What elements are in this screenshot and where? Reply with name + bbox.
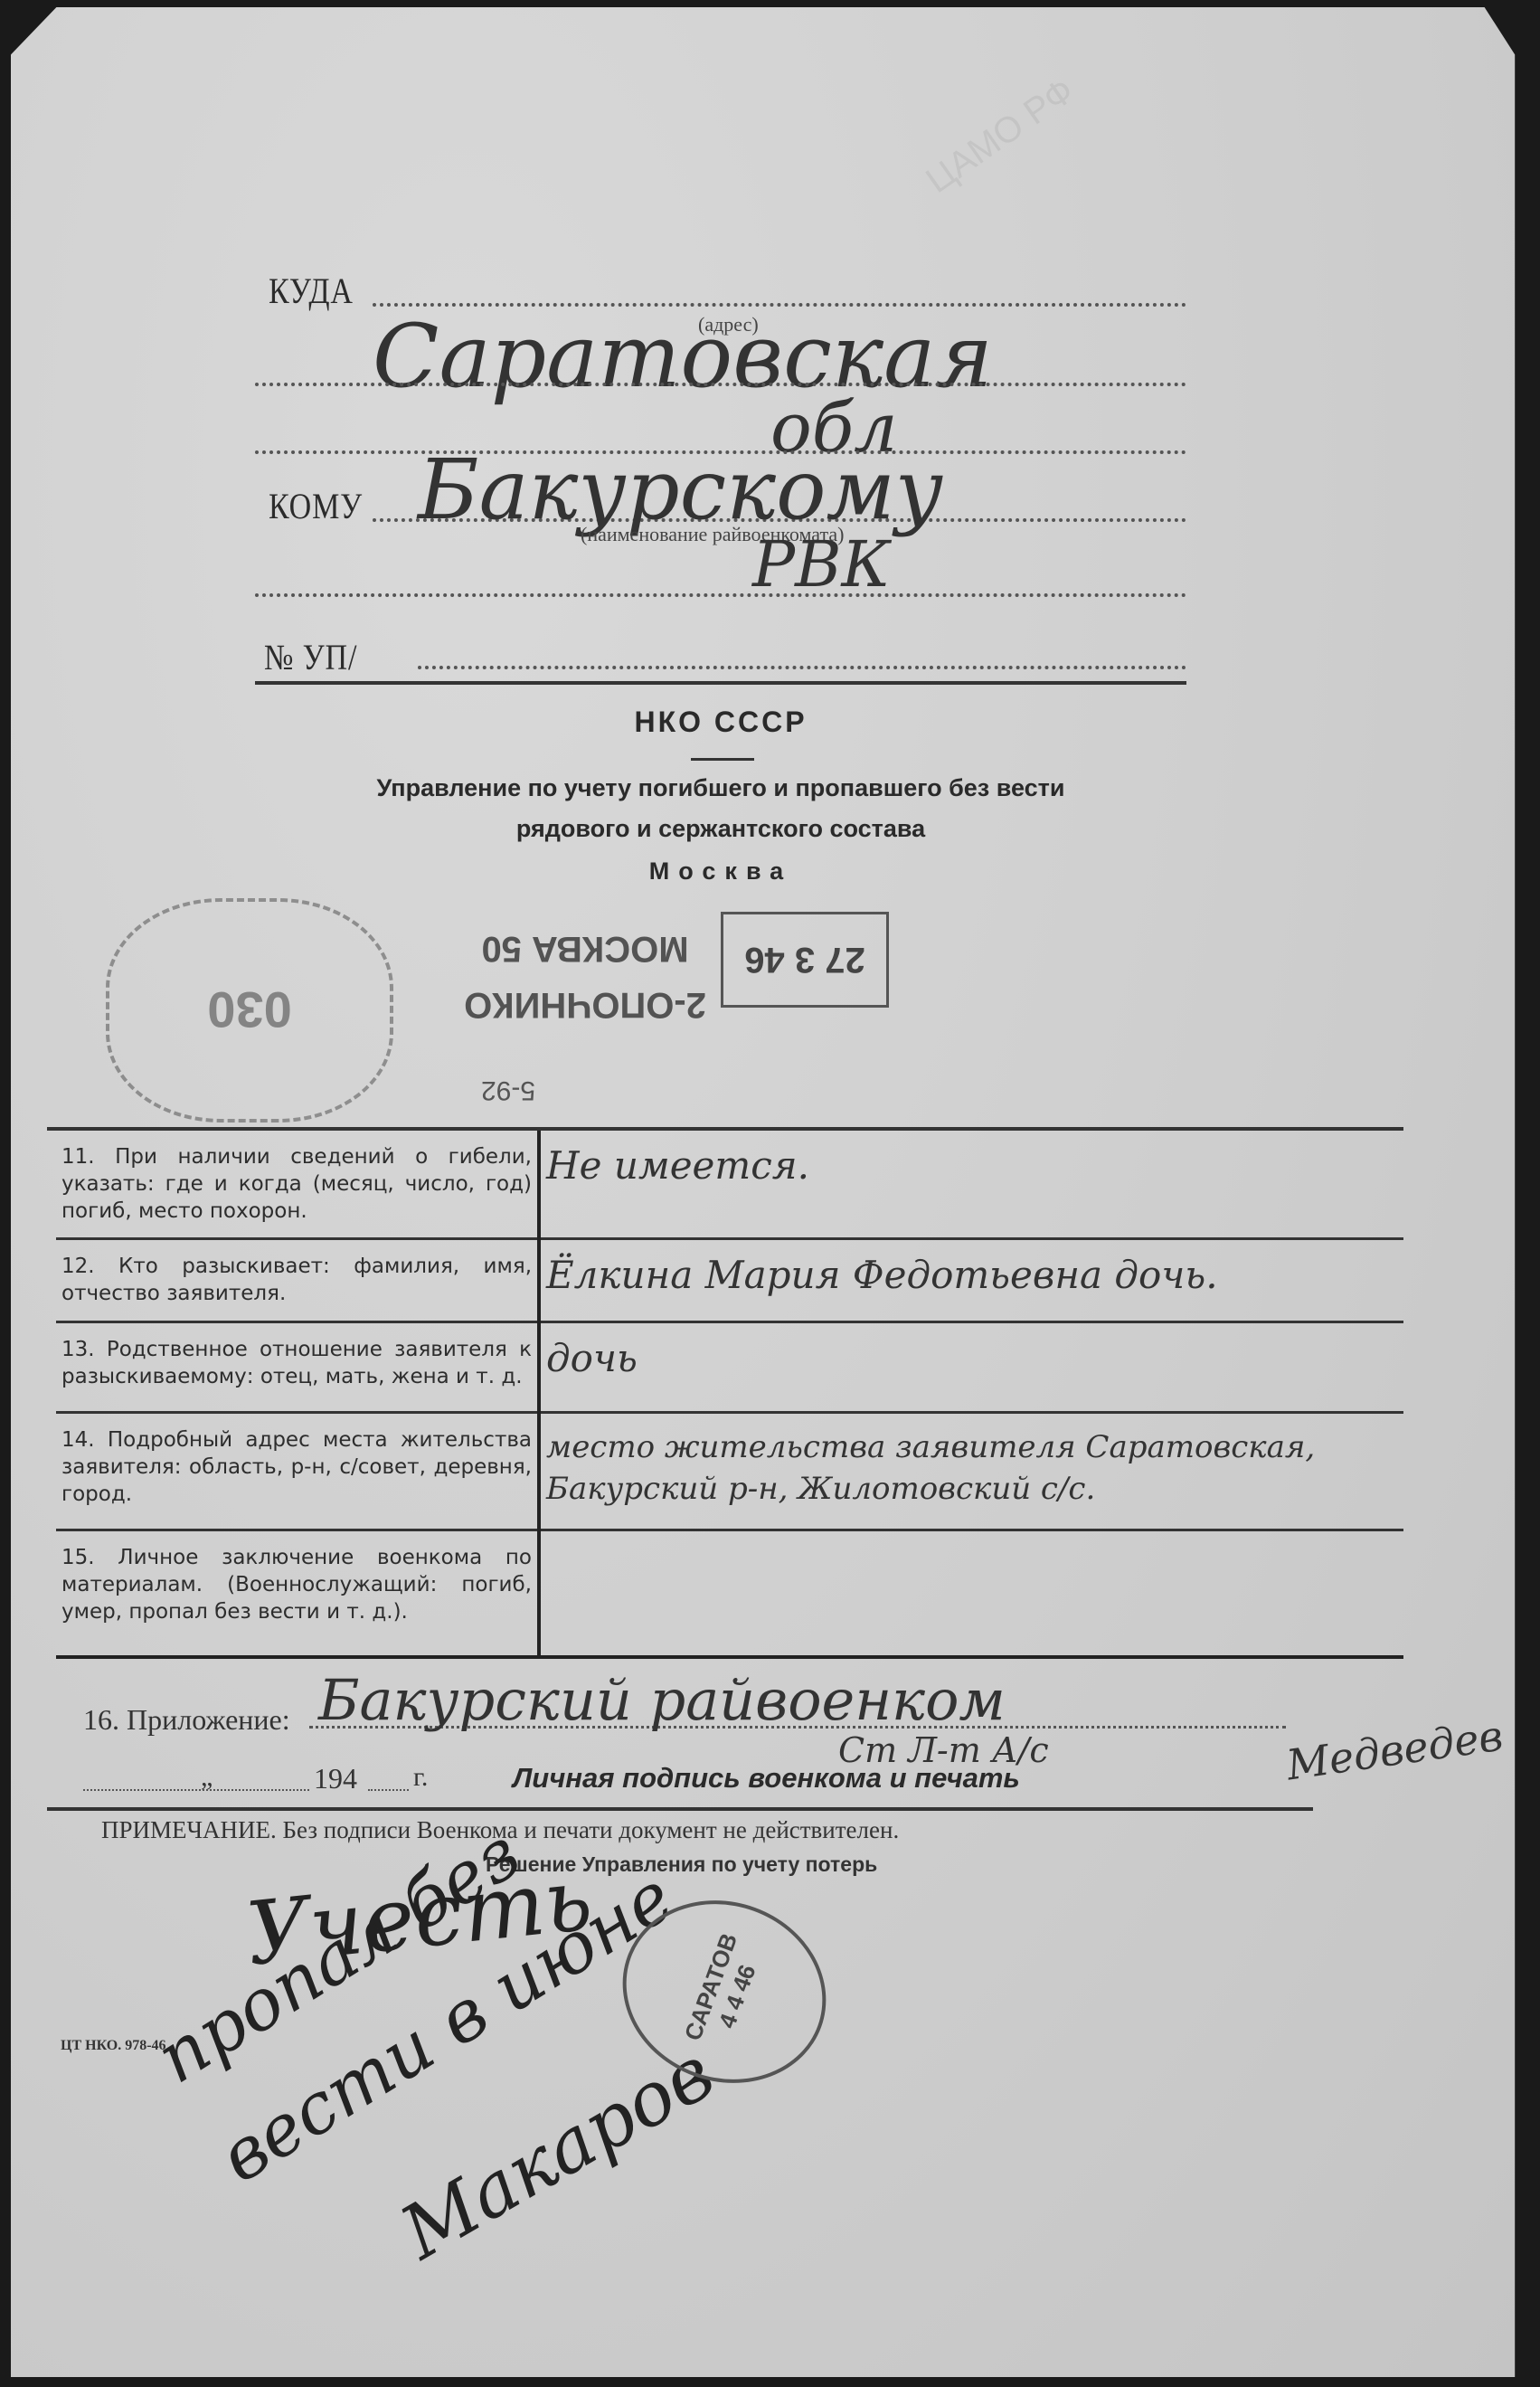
question-cell: 14. Подробный адрес места жительства зая… <box>56 1413 539 1530</box>
form-table: 11. При наличии сведений о гибели, указа… <box>56 1131 1403 1659</box>
kuda-value-line1: Саратовская <box>373 306 993 407</box>
postmark-date: 27 3 46 <box>744 940 864 980</box>
dept-line1: Управление по учету погибшего и пропавше… <box>210 774 1232 802</box>
answer-cell <box>539 1530 1403 1657</box>
date-quote: „ <box>201 1762 213 1793</box>
table-row: 12. Кто разыскивает: фамилия, имя, отчес… <box>56 1239 1403 1322</box>
komu-value-line2: РВК <box>752 527 891 601</box>
answer-cell: Ёлкина Мария Федотьевна дочь. <box>539 1239 1403 1322</box>
footer-divider <box>47 1807 1313 1811</box>
city: Москва <box>210 857 1232 886</box>
table-row: 14. Подробный адрес места жительства зая… <box>56 1413 1403 1530</box>
up-label: № УП/ <box>264 636 357 678</box>
answer-cell: Не имеется. <box>539 1131 1403 1239</box>
question-cell: 13. Родственное отношение заявителя к ра… <box>56 1322 539 1413</box>
date-line <box>83 1789 309 1791</box>
postmark-date-box: 27 3 46 <box>721 912 889 1008</box>
table-row: 11. При наличии сведений о гибели, указа… <box>56 1131 1403 1239</box>
up-line <box>418 666 1186 669</box>
watermark: ЦАМО РФ <box>919 71 1082 202</box>
table-row: 13. Родственное отношение заявителя к ра… <box>56 1322 1403 1413</box>
dept-line2: рядового и сержантского состава <box>210 815 1232 843</box>
year-label: 194 <box>314 1762 357 1795</box>
document-paper: КУДА (адрес) Саратовская обл КОМУ Бакурс… <box>11 7 1530 2377</box>
left-octagon-stamp: 030 <box>106 898 393 1122</box>
year-line <box>368 1789 409 1791</box>
attachment-value: Бакурский райвоенком <box>318 1667 1006 1733</box>
kuda-line-2 <box>255 383 1186 386</box>
answer-cell: место жительства заявителя Саратовская, … <box>539 1413 1403 1530</box>
question-cell: 15. Личное заключение военкома по матери… <box>56 1530 539 1657</box>
question-cell: 12. Кто разыскивает: фамилия, имя, отчес… <box>56 1239 539 1322</box>
form-code: ЦТ НКО. 978-46 <box>61 2038 166 2054</box>
signer-name: Медведев <box>1283 1711 1506 1790</box>
up-underline <box>255 681 1186 685</box>
question-cell: 11. При наличии сведений о гибели, указа… <box>56 1131 539 1239</box>
komu-label: КОМУ <box>269 485 363 527</box>
answer-cell: дочь <box>539 1322 1403 1413</box>
signature-label: Личная подпись военкома и печать <box>513 1762 1020 1795</box>
title-divider <box>691 758 754 761</box>
left-stamp-number: 030 <box>207 981 291 1040</box>
year-suffix: г. <box>413 1762 428 1793</box>
handwritten-number: 5-92 <box>481 1075 535 1105</box>
postmark-text: 2-ОПОЧНИКО МОСКВА 50 <box>445 921 725 1033</box>
table-row: 15. Личное заключение военкома по матери… <box>56 1530 1403 1657</box>
kuda-label: КУДА <box>269 270 354 312</box>
org-title: НКО СССР <box>255 706 1186 739</box>
attachment-label: 16. Приложение: <box>83 1703 290 1737</box>
komu-line-2 <box>255 593 1186 597</box>
